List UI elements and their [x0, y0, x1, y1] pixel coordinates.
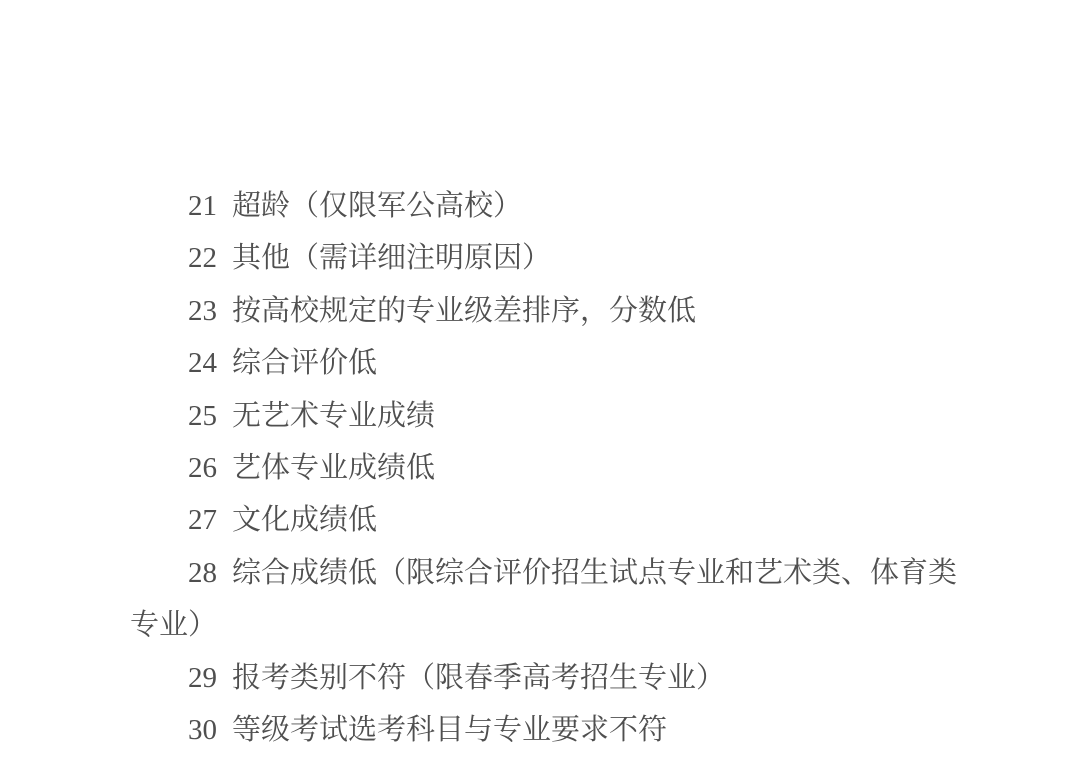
list-item-29: 29报考类别不符（限春季高考招生专业） [130, 652, 970, 704]
item-number: 30 [188, 714, 217, 746]
item-number: 23 [188, 295, 217, 327]
item-text: 综合成绩低（限综合评价招生试点专业和艺术类、体育类专业） [130, 557, 957, 641]
item-text: 按高校规定的专业级差排序，分数低 [232, 295, 696, 327]
item-text: 报考类别不符（限春季高考招生专业） [232, 662, 725, 694]
item-text: 等级考试选考科目与专业要求不符 [232, 714, 667, 746]
item-text: 超龄（仅限军公高校） [232, 190, 522, 222]
item-number: 25 [188, 400, 217, 432]
item-number: 24 [188, 347, 217, 379]
list-item-23: 23按高校规定的专业级差排序，分数低 [130, 285, 970, 337]
list-item-24: 24综合评价低 [130, 337, 970, 389]
item-number: 22 [188, 242, 217, 274]
item-number: 29 [188, 662, 217, 694]
document-body: 21超龄（仅限军公高校） 22其他（需详细注明原因） 23按高校规定的专业级差排… [0, 0, 970, 756]
list-item-21: 21超龄（仅限军公高校） [130, 180, 970, 232]
item-text: 综合评价低 [232, 347, 377, 379]
list-item-30: 30等级考试选考科目与专业要求不符 [130, 704, 970, 756]
item-number: 27 [188, 504, 217, 536]
item-text: 艺体专业成绩低 [232, 452, 435, 484]
item-text: 无艺术专业成绩 [232, 400, 435, 432]
list-item-22: 22其他（需详细注明原因） [130, 232, 970, 284]
item-text: 其他（需详细注明原因） [232, 242, 551, 274]
item-number: 26 [188, 452, 217, 484]
list-item-25: 25无艺术专业成绩 [130, 390, 970, 442]
document-page: 21超龄（仅限军公高校） 22其他（需详细注明原因） 23按高校规定的专业级差排… [0, 0, 1080, 768]
list-item-28: 28综合成绩低（限综合评价招生试点专业和艺术类、体育类专业） [130, 547, 970, 652]
list-item-27: 27文化成绩低 [130, 494, 970, 546]
list-item-26: 26艺体专业成绩低 [130, 442, 970, 494]
item-number: 28 [188, 557, 217, 589]
item-number: 21 [188, 190, 217, 222]
item-text: 文化成绩低 [232, 504, 377, 536]
